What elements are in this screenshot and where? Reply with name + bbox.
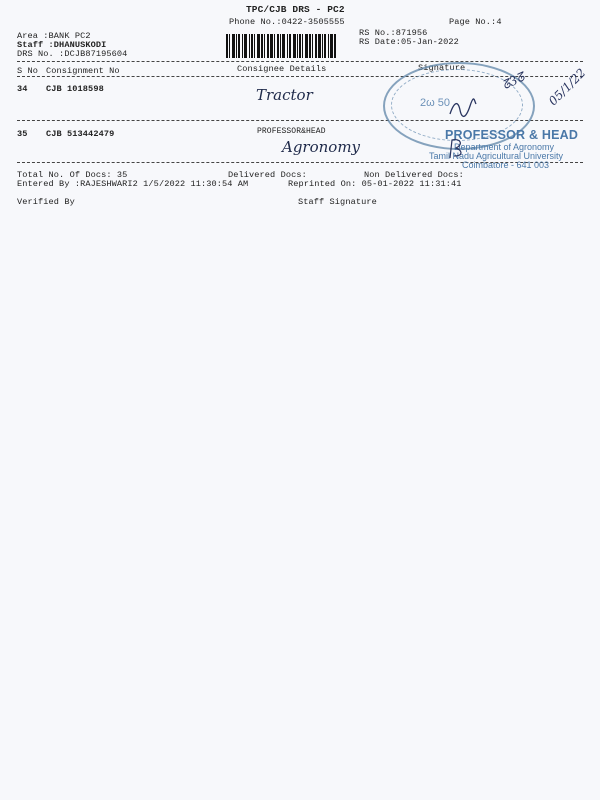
row-sno: 35 xyxy=(17,129,28,139)
page-number: Page No.:4 xyxy=(449,17,502,27)
handwritten-consignee: Agronomy xyxy=(282,138,360,156)
signature-scribble-icon xyxy=(448,96,478,120)
divider xyxy=(17,61,583,62)
consignee-printed: PROFESSOR&HEAD xyxy=(257,127,326,137)
staff-signature-label: Staff Signature xyxy=(298,197,377,207)
row-consignment-no: CJB 513442479 xyxy=(46,129,114,139)
column-header-sno: S No xyxy=(17,66,38,76)
entered-by: Entered By :RAJESHWARI2 1/5/2022 11:30:5… xyxy=(17,179,248,189)
document-title: TPC/CJB DRS - PC2 xyxy=(246,5,345,15)
column-header-consignee: Consignee Details xyxy=(237,64,326,74)
handwritten-consignee: Tractor xyxy=(256,86,313,104)
row-consignment-no: CJB 1018598 xyxy=(46,84,104,94)
reprinted-on: Reprinted On: 05-01-2022 11:31:41 xyxy=(288,179,461,189)
barcode xyxy=(226,34,350,58)
drs-number: DRS No. :DCJB87195604 xyxy=(17,49,127,59)
rs-date: RS Date:05-Jan-2022 xyxy=(359,37,459,47)
phone-number: Phone No.:0422-3505555 xyxy=(229,17,345,27)
signature-scribble-icon xyxy=(446,136,468,160)
handwritten-date: 05/1/22 xyxy=(546,66,589,109)
row-sno: 34 xyxy=(17,84,28,94)
stamp-address: Coimbatore - 641 003 xyxy=(462,160,549,170)
column-header-consignment: Consignment No xyxy=(46,66,120,76)
verified-by-label: Verified By xyxy=(17,197,75,207)
stamp-oval-text: 2ω 50 xyxy=(420,97,450,109)
